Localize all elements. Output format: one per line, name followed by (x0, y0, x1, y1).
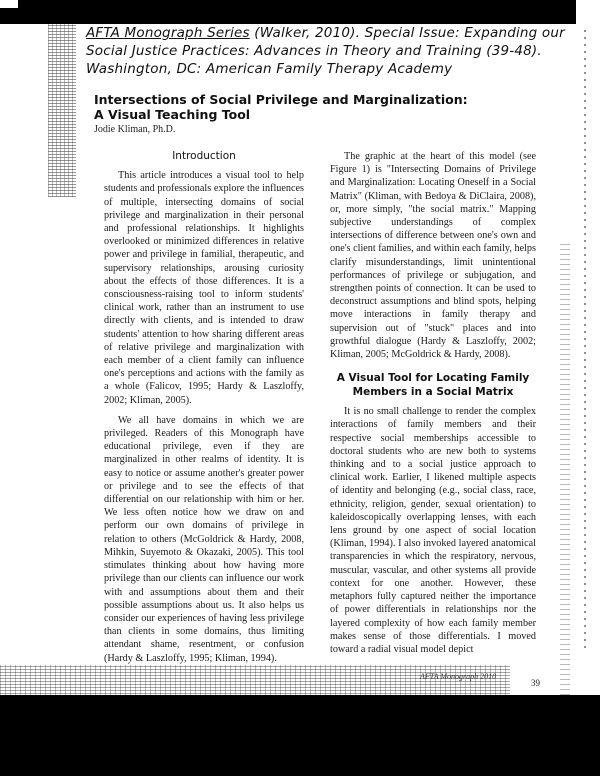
scan-noise-right (560, 240, 570, 695)
scan-dots-right (584, 30, 586, 650)
article-author: Jodie Kliman, Ph.D. (94, 124, 175, 135)
handwritten-line-3: Washington, DC: American Family Therapy … (86, 60, 556, 78)
paragraph: It is no small challenge to render the c… (330, 405, 536, 656)
section-heading-introduction: Introduction (104, 150, 304, 163)
scan-border-top (0, 0, 600, 24)
handwritten-line-2: Social Justice Practices: Advances in Th… (86, 42, 556, 60)
article-title-line-2: A Visual Teaching Tool (94, 107, 494, 122)
paragraph: This article introduces a visual tool to… (104, 169, 304, 407)
paragraph: We all have domains in which we are priv… (104, 414, 304, 665)
scan-border-bottom (0, 695, 600, 776)
paragraph: The graphic at the heart of this model (… (330, 150, 536, 361)
scan-noise-bottom (0, 665, 510, 697)
scan-margin-right (576, 0, 600, 776)
handwritten-citation: AFTA Monograph Series (Walker, 2010). Sp… (86, 24, 556, 78)
right-column: The graphic at the heart of this model (… (330, 150, 536, 663)
article-title-line-1: Intersections of Social Privilege and Ma… (94, 92, 494, 107)
left-column: Introduction This article introduces a v… (104, 150, 304, 672)
scan-noise-left (48, 22, 76, 197)
page-number: 39 (531, 678, 540, 688)
handwritten-line-1: AFTA Monograph Series (Walker, 2010). Sp… (86, 24, 556, 42)
section-heading-visual-tool: A Visual Tool for Locating Family Member… (330, 371, 536, 399)
article-title: Intersections of Social Privilege and Ma… (94, 92, 494, 122)
footer-journal: AFTA Monograph 2010 (420, 672, 496, 681)
